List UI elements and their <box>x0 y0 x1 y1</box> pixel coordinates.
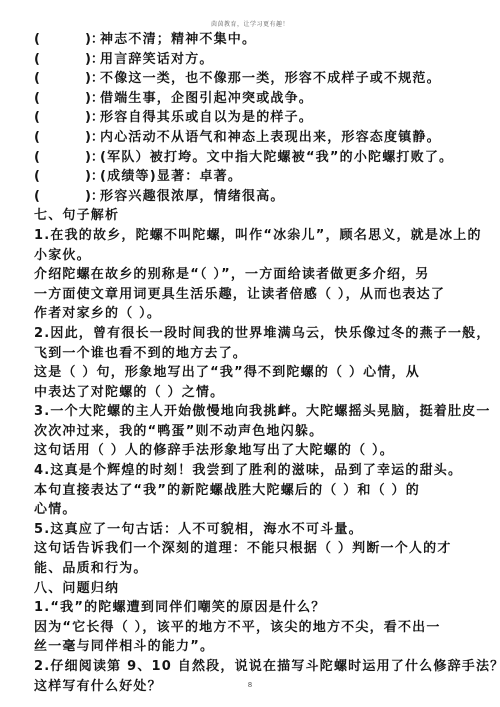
definition-row: ()：形容兴趣很浓厚，情绪很高。 <box>34 187 474 207</box>
section-line: 2.因此，曾有很长一段时间我的世界堆满乌云，快乐像过冬的燕子一般， <box>34 324 474 344</box>
answer-blank[interactable]: ()： <box>34 128 100 148</box>
definition-text: 形容自得其乐或自以为是的样子。 <box>100 108 313 128</box>
answer-blank[interactable]: ()： <box>34 108 100 128</box>
section-line: 这句话告诉我们一个深刻的道理：不能只根据（ ）判断一个人的才 <box>34 539 474 559</box>
definition-text: 不像这一类，也不像那一类，形容不成样子或不规范。 <box>100 69 441 89</box>
answer-blank[interactable]: ()： <box>34 50 100 70</box>
page-header: 茵茵教育，让学习更有趣！ <box>0 19 500 28</box>
section-line: 小家伙。 <box>34 246 474 266</box>
section-title: 八、问题归纳 <box>34 579 474 599</box>
answer-blank[interactable]: ()： <box>34 187 100 207</box>
section-line: 因为“它长得（ ），该平的地方不平，该尖的地方不尖，看不出一 <box>34 618 474 638</box>
definition-text: (成绩等)显著：卓著。 <box>100 167 242 187</box>
definition-row: ()：不像这一类，也不像那一类，形容不成样子或不规范。 <box>34 69 474 89</box>
definition-row: ()：用言辞笑话对方。 <box>34 50 474 70</box>
section-line: 1.“我”的陀螺遭到同伴们嘲笑的原因是什么？ <box>34 598 474 618</box>
section-line: 3.一个大陀螺的主人开始傲慢地向我挑衅。大陀螺摇头晃脑，挺着肚皮一 <box>34 402 474 422</box>
section-line: 次次冲过来，我的“鸭蛋”则不动声色地闪躲。 <box>34 422 474 442</box>
section-line: 这句话用（ ）人的修辞手法形象地写出了大陀螺的（ ）。 <box>34 441 474 461</box>
definition-row: ()：(军队）被打垮。文中指大陀螺被“我”的小陀螺打败了。 <box>34 148 474 168</box>
section-line: 本句直接表达了“我”的新陀螺战胜大陀螺后的（ ）和（ ）的 <box>34 481 474 501</box>
section-line: 飞到一个谁也看不到的地方去了。 <box>34 344 474 364</box>
definition-text: 形容兴趣很浓厚，情绪很高。 <box>100 187 285 207</box>
section-line: 心情。 <box>34 500 474 520</box>
section-title: 七、句子解析 <box>34 206 474 226</box>
answer-blank[interactable]: ()： <box>34 69 100 89</box>
definition-row: ()：借端生事，企图引起冲突或战争。 <box>34 89 474 109</box>
definition-text: 借端生事，企图引起冲突或战争。 <box>100 89 313 109</box>
section-line: 介绍陀螺在故乡的别称是“（ ）”，一方面给读者做更多介绍，另 <box>34 265 474 285</box>
definition-text: 内心活动不从语气和神态上表现出来，形容态度镇静。 <box>100 128 441 148</box>
section-line: 能、品质和行为。 <box>34 559 474 579</box>
definition-row: ()：神志不清；精神不集中。 <box>34 30 474 50</box>
section-line: 丝一毫与同伴相斗的能力”。 <box>34 637 474 657</box>
definition-text: 神志不清；精神不集中。 <box>100 30 256 50</box>
document-body: ()：神志不清；精神不集中。 ()：用言辞笑话对方。 ()：不像这一类，也不像那… <box>34 30 474 696</box>
definition-text: (军队）被打垮。文中指大陀螺被“我”的小陀螺打败了。 <box>100 148 453 168</box>
page-number: 8 <box>0 681 500 689</box>
definition-row: ()：形容自得其乐或自以为是的样子。 <box>34 108 474 128</box>
definition-row: ()：内心活动不从语气和神态上表现出来，形容态度镇静。 <box>34 128 474 148</box>
section-line: 1.在我的故乡，陀螺不叫陀螺，叫作“冰尜儿”，顾名思义，就是冰上的 <box>34 226 474 246</box>
section-line: 这是（ ）句，形象地写出了“我”得不到陀螺的（ ）心情，从 <box>34 363 474 383</box>
section-line: 5.这真应了一句古话：人不可貌相，海水不可斗量。 <box>34 520 474 540</box>
section-line: 中表达了对陀螺的（ ）之情。 <box>34 383 474 403</box>
section-line: 2.仔细阅读第 9、10 自然段，说说在描写斗陀螺时运用了什么修辞手法？ <box>34 657 474 677</box>
definition-text: 用言辞笑话对方。 <box>100 50 214 70</box>
answer-blank[interactable]: ()： <box>34 148 100 168</box>
section-line: 4.这真是个辉煌的时刻！我尝到了胜利的滋味，品到了幸运的甜头。 <box>34 461 474 481</box>
section-line: 一方面使文章用词更具生活乐趣，让读者倍感（ ），从而也表达了 <box>34 285 474 305</box>
answer-blank[interactable]: ()： <box>34 30 100 50</box>
answer-blank[interactable]: ()： <box>34 89 100 109</box>
answer-blank[interactable]: ()： <box>34 167 100 187</box>
definition-row: ()：(成绩等)显著：卓著。 <box>34 167 474 187</box>
section-line: 作者对家乡的（ ）。 <box>34 304 474 324</box>
